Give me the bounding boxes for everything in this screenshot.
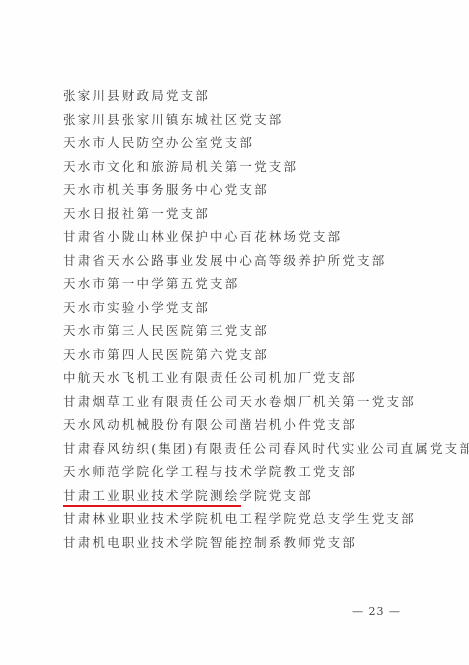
list-item: 甘肃林业职业技术学院机电工程学院党总支学生党支部 xyxy=(63,507,469,531)
list-item: 天水市机关事务服务中心党支部 xyxy=(63,178,469,202)
list-item: 甘肃机电职业技术学院智能控制系教师党支部 xyxy=(63,531,469,555)
red-highlight-underline xyxy=(63,505,241,507)
list-item: 甘肃烟草工业有限责任公司天水卷烟厂机关第一党支部 xyxy=(63,390,469,414)
list-item: 天水市文化和旅游局机关第一党支部 xyxy=(63,155,469,179)
list-item: 中航天水飞机工业有限责任公司机加厂党支部 xyxy=(63,366,469,390)
list-item: 张家川县张家川镇东城社区党支部 xyxy=(63,108,469,132)
document-page: 张家川县财政局党支部 张家川县张家川镇东城社区党支部 天水市人民防空办公室党支部… xyxy=(0,0,469,665)
list-item: 天水市第三人民医院第三党支部 xyxy=(63,319,469,343)
list-item: 天水风动机械股份有限公司凿岩机小件党支部 xyxy=(63,413,469,437)
list-item: 张家川县财政局党支部 xyxy=(63,84,469,108)
party-branch-list: 张家川县财政局党支部 张家川县张家川镇东城社区党支部 天水市人民防空办公室党支部… xyxy=(63,84,469,554)
list-item: 甘肃省小陇山林业保护中心百花林场党支部 xyxy=(63,225,469,249)
page-number: — 23 — xyxy=(352,605,401,618)
list-item: 天水师范学院化学工程与技术学院教工党支部 xyxy=(63,460,469,484)
list-item: 天水市人民防空办公室党支部 xyxy=(63,131,469,155)
list-item: 甘肃省天水公路事业发展中心高等级养护所党支部 xyxy=(63,249,469,273)
highlighted-list-item: 甘肃工业职业技术学院测绘学院党支部 xyxy=(63,484,469,508)
list-item: 天水市实验小学党支部 xyxy=(63,296,469,320)
list-item: 天水日报社第一党支部 xyxy=(63,202,469,226)
list-item: 天水市第一中学第五党支部 xyxy=(63,272,469,296)
list-item: 甘肃春风纺织(集团)有限责任公司春风时代实业公司直属党支部 xyxy=(63,437,469,461)
list-item: 天水市第四人民医院第六党支部 xyxy=(63,343,469,367)
